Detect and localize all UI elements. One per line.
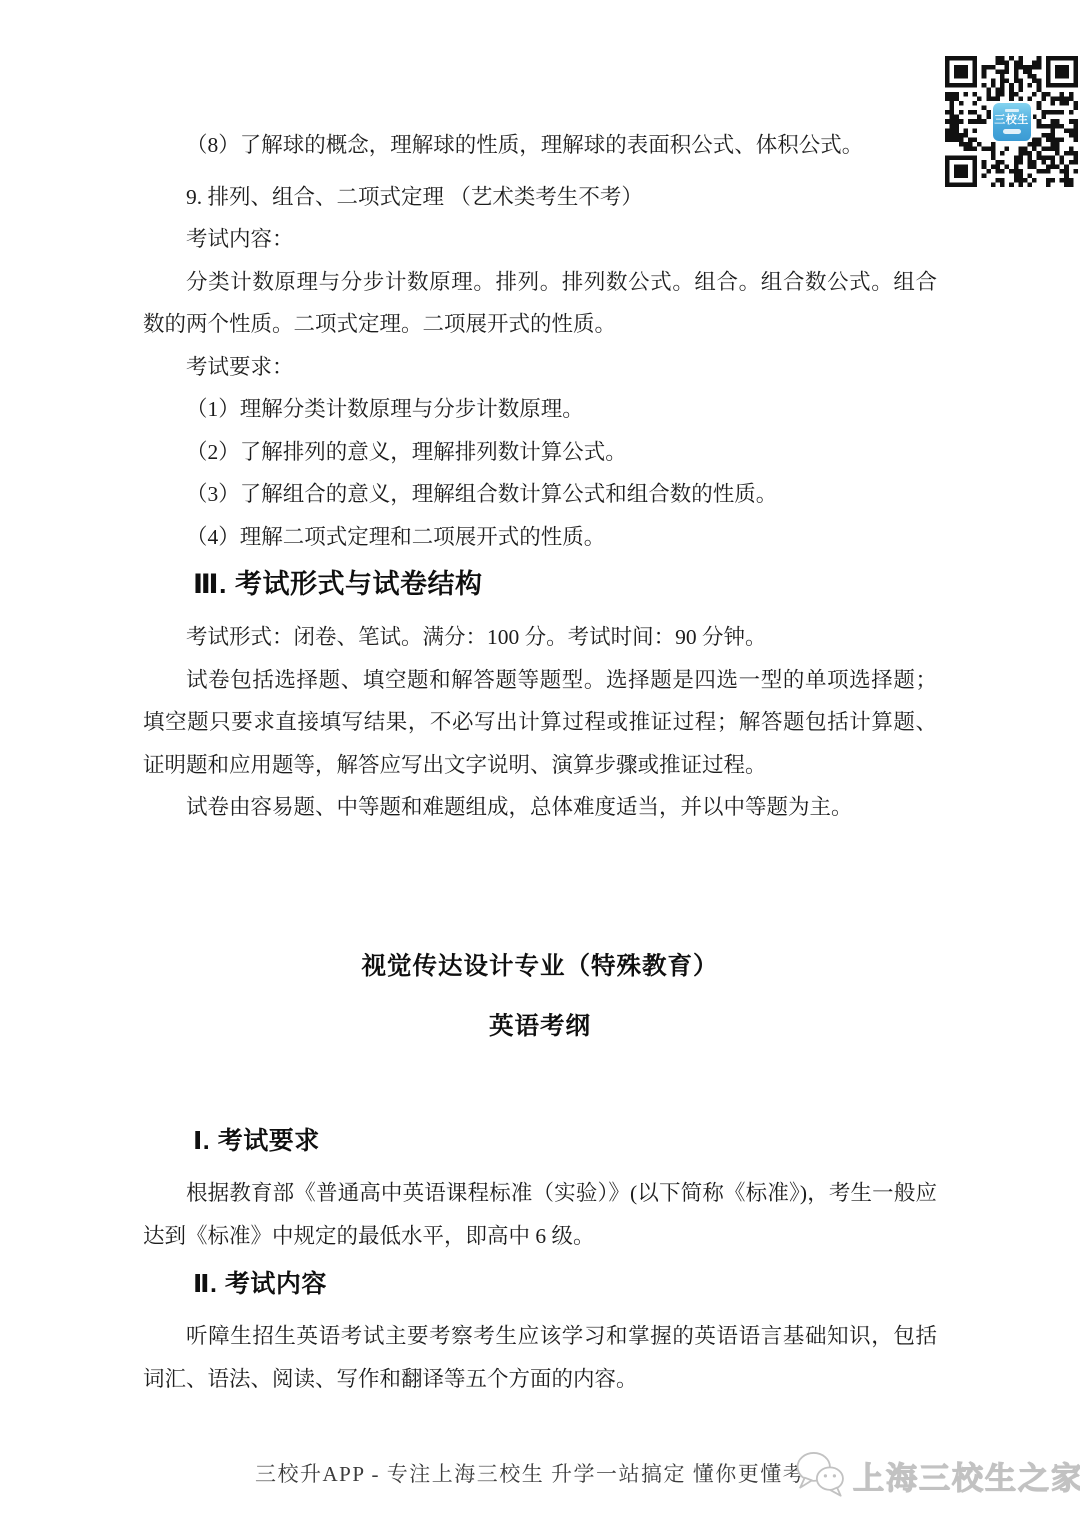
exam-content-label: 考试内容： — [143, 218, 937, 261]
section-3-heading: Ⅲ. 考试形式与试卷结构 — [193, 566, 937, 602]
difficulty-paragraph: 试卷由容易题、中等题和难题组成，总体难度适当，并以中等题为主。 — [143, 786, 937, 829]
english-requirement-paragraph: 根据教育部《普通高中英语课程标准（实验）》(以下简称《标准》)，考生一般应达到《… — [143, 1172, 937, 1257]
exam-content-paragraph: 分类计数原理与分步计数原理。排列。排列数公式。组合。组合数公式。组合数的两个性质… — [143, 261, 937, 346]
exam-form-paragraph: 考试形式：闭卷、笔试。满分：100 分。考试时间：90 分钟。 — [143, 616, 937, 659]
requirement-3: （3）了解组合的意义，理解组合数计算公式和组合数的性质。 — [143, 473, 937, 516]
footer-promo-text: 三校升APP - 专注上海三校生 升学一站搞定 懂你更懂考试 — [255, 1461, 828, 1487]
qr-center-logo: 三校生 — [991, 101, 1033, 143]
math-syllabus-block: （8）了解球的概念，理解球的性质，理解球的表面积公式、体积公式。 9. 排列、组… — [143, 124, 937, 829]
watermark-text: 上海三校生之家 — [853, 1453, 1080, 1498]
qr-logo-label: 三校生 — [994, 114, 1029, 126]
requirement-4: （4）理解二项式定理和二项展开式的性质。 — [143, 516, 937, 559]
watermark: 上海三校生之家 — [793, 1448, 1080, 1502]
qr-logo-bottom-mark — [1003, 129, 1021, 134]
english-content-paragraph: 听障生招生英语考试主要考察考生应该学习和掌握的英语语言基础知识，包括词汇、语法、… — [143, 1315, 937, 1400]
wechat-icon — [793, 1448, 847, 1502]
paper-structure-paragraph: 试卷包括选择题、填空题和解答题等题型。选择题是四选一型的单项选择题；填空题只要求… — [143, 659, 937, 787]
english-syllabus-block: 视觉传达设计专业（特殊教育） 英语考纲 Ⅰ. 考试要求 根据教育部《普通高中英语… — [143, 952, 937, 1400]
exam-requirement-label: 考试要求： — [143, 346, 937, 389]
major-title: 视觉传达设计专业（特殊教育） — [143, 952, 937, 982]
math-item-9: 9. 排列、组合、二项式定理 （艺术类考生不考） — [143, 176, 937, 219]
subject-title: 英语考纲 — [143, 1012, 937, 1042]
requirement-1: （1）理解分类计数原理与分步计数原理。 — [143, 388, 937, 431]
math-item-8: （8）了解球的概念，理解球的性质，理解球的表面积公式、体积公式。 — [143, 124, 937, 167]
section-1-heading: Ⅰ. 考试要求 — [193, 1124, 937, 1158]
qr-code: 三校生 — [945, 56, 1078, 187]
section-2-heading: Ⅱ. 考试内容 — [193, 1267, 937, 1301]
requirement-2: （2）了解排列的意义，理解排列数计算公式。 — [143, 431, 937, 474]
document-page: 三校生 （8）了解球的概念，理解球的性质，理解球的表面积公式、体积公式。 9. … — [0, 0, 1080, 1527]
qr-logo-top-mark — [1005, 109, 1019, 112]
